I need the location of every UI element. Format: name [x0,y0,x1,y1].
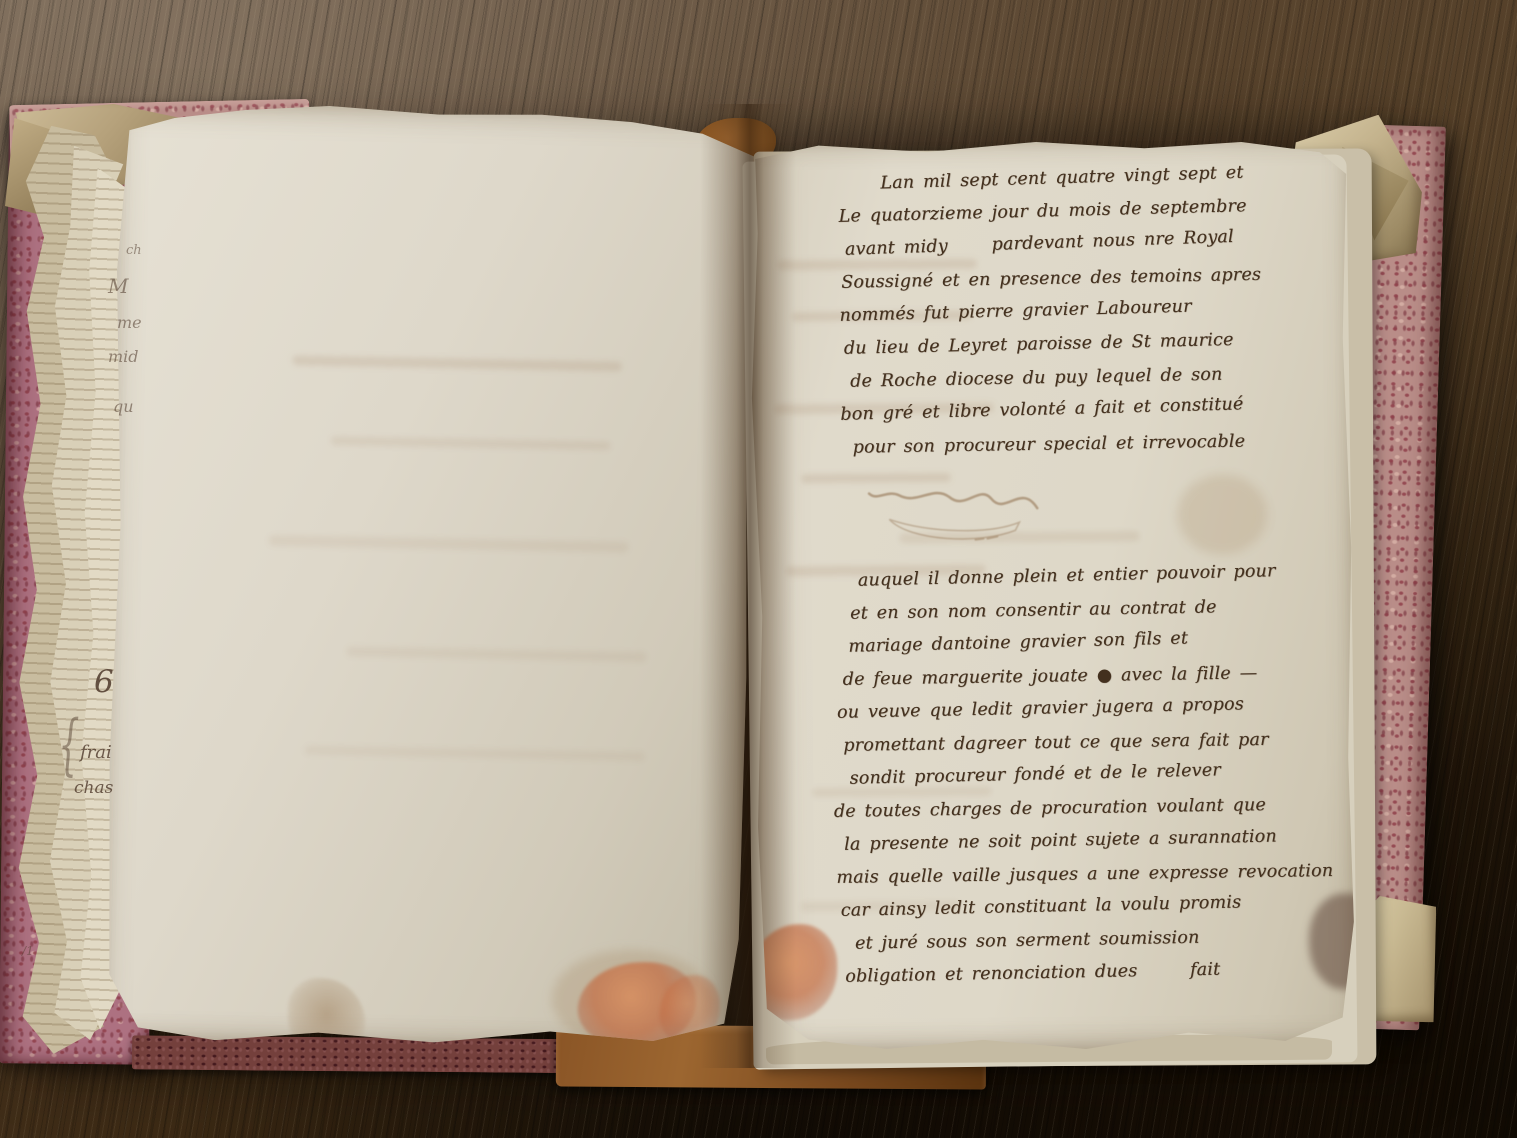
handwritten-line: pour son procureur special et irrevocabl… [852,424,1338,465]
handwritten-paragraph-2: auquel il donne plein et entier pouvoir … [842,560,1344,993]
wood-table-background: chMmemidqu6fraichas{/1 [0,0,1517,1138]
margin-text-fragment: frai [80,742,112,763]
margin-text-fragment: { [59,706,80,783]
handwritten-paragraph-1: Lan mil sept cent quatre vingt sept etLe… [838,164,1339,465]
margin-text-fragment: M [108,274,128,298]
margin-text-fragment: ch [126,243,142,258]
handwritten-text: Lan mil sept cent quatre vingt sept etLe… [838,164,1344,1044]
margin-text-fragment: mid [108,347,139,366]
margin-text-fragment: me [117,313,142,332]
right-manuscript-page: Lan mil sept cent quatre vingt sept etLe… [746,137,1358,1054]
margin-text-fragment: chas [74,778,113,798]
margin-text-fragment: 6 [94,664,114,700]
book-gutter-shadow [700,104,796,1068]
margin-text-fragment: /1 [22,944,34,958]
margin-text-fragment: qu [113,397,134,416]
